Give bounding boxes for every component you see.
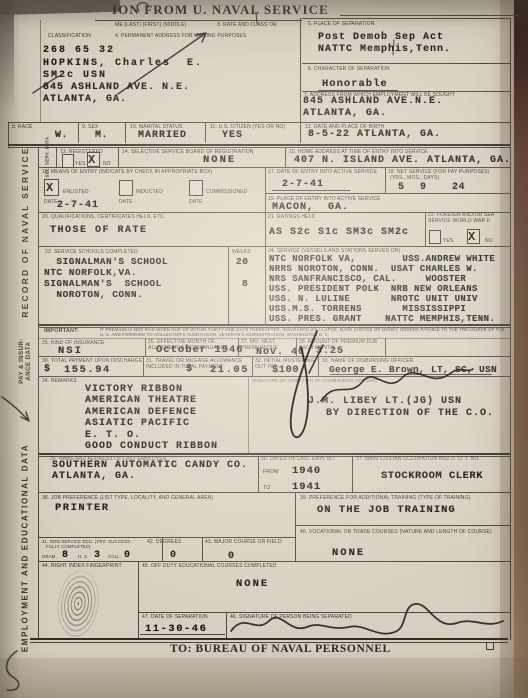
civilian-occupation-value: STOCKROOM CLERK	[381, 471, 483, 482]
coll-value: 0	[124, 551, 131, 561]
home-address-value: 407 N. ISLAND AVE. ATLANTA, GA.	[294, 156, 511, 166]
rule-v	[56, 147, 57, 167]
entry-place-value: MACON, GA.	[272, 203, 349, 213]
enlisted-date-value: 2-7-41	[57, 201, 99, 211]
photo-edge-strip	[514, 0, 528, 698]
mailing-address-line2: ATLANTA, GA.	[43, 95, 127, 105]
insurance-kind-value: NSI	[58, 346, 83, 357]
right-inner-shade	[500, 0, 514, 698]
rule-v	[38, 147, 39, 638]
vocational-courses-label: 40. VOCATIONAL OR TRADE COURSES (NATURE …	[300, 529, 492, 535]
name-value: HOPKINS, Charles E.	[43, 59, 203, 69]
from-label: FROM	[263, 469, 278, 475]
registered-no-checkmark: X	[88, 153, 95, 167]
off-duty-courses-label: 45. OFF DUTY EDUCATIONAL COURSES COMPLET…	[142, 563, 277, 569]
torn-corner-shade	[0, 0, 120, 15]
next-premium-value: Nov. 46	[256, 348, 305, 358]
inducted-label: INDUCTED	[136, 189, 163, 195]
inducted-checkbox	[119, 180, 133, 196]
qualifications-label: 20. QUALIFICATIONS, CERTIFICATES HELD, E…	[42, 214, 165, 220]
major-course-label: 43. MAJOR COURSE OR FIELD	[205, 539, 282, 545]
gram-value: 8	[62, 551, 69, 561]
co-signature-name: J.M. LIBEY LT.(JG) USN	[308, 397, 462, 407]
off-duty-courses-value: NONE	[236, 579, 269, 590]
co-signature-byline: BY DIRECTION OF THE C.O.	[326, 409, 494, 419]
place-of-separation-label: 5. PLACE OF SEPARATION	[308, 21, 374, 27]
commissioned-label: COMMISSIONED	[206, 189, 248, 195]
selective-board-value: NONE	[203, 155, 236, 166]
rule-h	[38, 561, 510, 562]
major-course-value: 0	[228, 552, 235, 562]
race-label: 8. RACE	[12, 124, 33, 130]
rule-h	[38, 537, 295, 538]
corner-mark	[486, 642, 494, 650]
hs-label: H. S.	[78, 554, 88, 559]
rule-h-heavy	[8, 144, 510, 146]
bottom-shade	[0, 658, 528, 698]
rule-h-heavy	[30, 638, 508, 640]
rule-v	[295, 492, 296, 561]
means-of-entry-label: 16. MEANS OF ENTRY (INDICATE BY CHECK IN…	[42, 169, 212, 175]
rate-value: SM2c USN	[43, 71, 107, 81]
hs-value: 3	[94, 551, 101, 561]
rule-v	[352, 456, 353, 492]
rule-v	[265, 246, 266, 325]
service-line: USS. PRES. GRANT NATTC MEMPHIS,TENN.	[269, 315, 495, 324]
date-label-3: DATE	[189, 199, 203, 205]
foreign-service-no-checkmark: X	[468, 230, 475, 244]
rule-v	[145, 338, 146, 356]
service-line: NTC NORFOLK VA, USS.ANDREW WHITE	[269, 255, 495, 264]
mustering-out-value: $100	[272, 365, 299, 376]
school-line: NOROTON, CONN.	[44, 290, 143, 300]
remarks-item: AMERICAN THEATRE	[85, 396, 197, 406]
degrees-label: 42. DEGREES	[147, 539, 181, 545]
from-value: 1940	[292, 466, 321, 477]
premium-amount-value: 3.25	[316, 347, 344, 357]
separation-date-label: 47. DATE OF SEPARATION	[142, 614, 208, 620]
schools-label: 23. SERVICE SCHOOLS COMPLETED	[45, 249, 138, 255]
entry-date-value: 2-7-41	[282, 180, 324, 190]
training-preference-value: ON THE JOB TRAINING	[317, 505, 456, 516]
last-employer-line1: SOUTHERN AUTOMATIC CANDY CO.	[52, 461, 248, 471]
rule-h-heavy	[38, 324, 510, 326]
rate-header-label: 3. RATE AND CLASS OR	[217, 22, 277, 28]
employment-address-line1: 845 ASHLAND AVE.N.E.	[303, 97, 443, 107]
scanned-naval-separation-form: ION FROM U. NAVAL SERVICE TO: BUREAU OF …	[0, 0, 528, 698]
foreign-service-label: 22. FOREIGN AND/OR SEA SERVICE WORLD WAR…	[428, 212, 506, 225]
service-line: USS.M.S. TORRENS MISSISSIPPI	[269, 305, 466, 314]
rule-h	[138, 612, 510, 613]
travel-allowance-currency: $	[186, 365, 193, 375]
rule-v	[258, 456, 259, 492]
footer-routing-line: TO: BUREAU OF NAVAL PERSONNEL	[170, 643, 391, 655]
rule-v	[118, 147, 119, 167]
birth-value: 8-5-22 ATLANTA, GA.	[308, 130, 441, 140]
separation-date-value: 11-30-46	[145, 624, 207, 635]
net-service-sublabel: (YRS., MOS., DAYS)	[390, 175, 439, 181]
rule-h	[302, 18, 510, 19]
rule-h	[38, 376, 510, 377]
rule-v	[125, 122, 126, 143]
school-line: SIGNALMAN'S SCHOOL	[44, 257, 168, 267]
rule-h	[295, 525, 510, 526]
form-title: ION FROM U. NAVAL SERVICE	[112, 2, 329, 18]
rule-h	[38, 492, 510, 493]
weeks-label: WEEKS	[232, 249, 251, 255]
rule-v	[202, 537, 203, 561]
character-of-separation-label: 6. CHARACTER OF SEPARATION	[308, 66, 390, 72]
important-label: IMPORTANT:	[44, 328, 79, 335]
allotment-value: October 1946	[156, 345, 244, 356]
rule-h	[8, 122, 510, 123]
fingerprint-smudge	[51, 567, 104, 642]
registered-yes-checkbox	[62, 154, 74, 168]
school-weeks: 8	[242, 279, 248, 289]
last-employer-line2: ATLANTA, GA.	[52, 472, 136, 482]
citizen-value: YES	[222, 131, 243, 141]
registered-no-label: NO	[103, 161, 111, 167]
job-preference-label: 38. JOB PREFERENCE (LIST TYPE, LOCALITY,…	[42, 495, 213, 501]
job-preference-value: PRINTER	[55, 503, 110, 514]
training-preference-label: 39. PREFERENCE FOR ADDITIONAL TRAINING (…	[300, 495, 470, 501]
employment-address-line2: ATLANTA, GA.	[303, 109, 387, 119]
date-label-1: DATE	[44, 199, 58, 205]
marital-status-value: MARRIED	[138, 131, 187, 141]
remarks-item: GOOD CONDUCT RIBBON	[85, 442, 218, 452]
civilian-occupation-label: 37. MAIN CIVILIAN OCCUPATION AND D. O. T…	[356, 456, 480, 462]
ratings-label: 21. RATINGS HELD	[268, 214, 315, 220]
travel-allowance-value: 21.05	[210, 365, 249, 376]
rule-h	[272, 190, 350, 191]
remarks-item: E. T. O.	[85, 431, 141, 441]
rule-v	[510, 18, 511, 640]
disbursing-officer-value: George E. Brown, LT, SC, USN	[329, 365, 497, 375]
rule-v	[226, 612, 227, 638]
left-edge-shade	[0, 0, 14, 112]
pay-insurance-line1: PAY & INSUR-	[19, 338, 25, 384]
foreign-service-yes-label: YES	[443, 238, 453, 244]
rule-v	[78, 122, 79, 143]
place-of-separation-line1: Post Demob Sep Act	[318, 33, 444, 43]
total-payment-value: 155.94	[64, 365, 111, 376]
enlisted-checkmark: X	[46, 181, 53, 195]
rule-h	[302, 63, 510, 64]
rule-v	[318, 356, 319, 376]
remarks-item: AMERICAN DEFENCE	[85, 408, 197, 418]
degrees-value: 0	[170, 551, 177, 561]
rule-v	[40, 20, 41, 122]
rule-h	[8, 147, 510, 148]
name-header-label: ME (LAST) (FIRST) (MIDDLE)	[115, 22, 186, 28]
foreign-service-yes-checkbox	[429, 230, 441, 244]
service-line: USS. PRESIDENT POLK NRB NEW ORLEANS	[269, 285, 478, 294]
enlisted-label: ENLISTED	[63, 189, 89, 195]
rule-v	[138, 561, 139, 638]
vocational-courses-value: NONE	[332, 548, 365, 559]
sex-value: M.	[95, 131, 108, 141]
commissioned-checkbox	[189, 180, 203, 196]
rule-v	[385, 167, 386, 193]
rule-v	[385, 338, 386, 356]
net-service-years: 5	[398, 183, 405, 193]
rule-h	[265, 193, 510, 194]
classification-label: CLASSIFICATION	[48, 33, 91, 39]
race-value: W.	[55, 131, 68, 141]
school-line: SIGNALMAN'S SCHOOL	[44, 279, 162, 289]
rule-v	[228, 246, 229, 325]
rule-v	[205, 122, 206, 143]
to-label: TO	[263, 485, 270, 491]
ratings-value: AS S2c S1c SM3c SM2c	[269, 228, 409, 238]
entry-date-label: 17. DATE OF ENTRY INTO ACTIVE SERVICE	[268, 169, 377, 175]
rule-v	[425, 212, 426, 246]
remarks-item: VICTORY RIBBON	[85, 385, 183, 395]
remarks-item: ASIATIC PACIFIC	[85, 419, 190, 429]
rule-v	[300, 18, 301, 122]
net-service-months: 9	[420, 183, 427, 193]
total-payment-currency: $	[44, 365, 51, 375]
rule-h-heavy	[38, 453, 510, 455]
service-number-value: 268 65 32	[43, 46, 115, 56]
fingerprint-label: 44. RIGHT INDEX FINGERPRINT	[42, 563, 132, 569]
rule-v	[300, 122, 301, 143]
service-line: NRRS NOROTON, CONN. USAT CHARLES W.	[269, 265, 478, 274]
remarks-label: 34. REMARKS	[42, 378, 77, 384]
employment-dates-label: 36. DATES OF LAST EMPL'MT.	[261, 456, 336, 462]
rule-v	[285, 147, 286, 167]
rule-v	[265, 167, 266, 246]
date-label-2: DATE	[119, 199, 133, 205]
co-signature-label: SIGNATURE (BY DIRECTION OF COMMANDING OF…	[252, 378, 402, 383]
school-line: NTC NORFOLK,VA.	[44, 268, 137, 278]
service-line: NRS SANFRANCISCO, CAL. WOOSTER	[269, 275, 466, 284]
mailing-address-label: 4. PERMANENT ADDRESS FOR MAILING PURPOSE…	[115, 33, 246, 39]
rule-h	[95, 20, 302, 21]
rule-h	[30, 642, 508, 643]
place-of-separation-line2: NATTC Memphis,Tenn.	[318, 45, 451, 55]
character-of-separation-value: Honorable	[322, 79, 388, 90]
separation-signature-label: 46. SIGNATURE OF PERSON BEING SEPARATED	[230, 614, 352, 620]
rule-v	[252, 356, 253, 376]
gram-label: GRAM.	[42, 554, 57, 559]
non-service-edu-label-2: FULLY COMPLETED)	[46, 544, 91, 549]
important-text: IF PREMIUM IS NOT PAID WHEN DUE OR WITHI…	[100, 327, 505, 338]
registered-yes-label: YES	[75, 161, 85, 167]
net-service-days: 24	[452, 183, 465, 193]
foreign-service-no-label: NO	[485, 238, 493, 244]
rule-h	[340, 15, 518, 16]
rule-v	[248, 376, 249, 453]
rule-h	[38, 246, 510, 247]
rule-v	[143, 356, 144, 376]
school-weeks: 20	[236, 257, 248, 267]
mailing-address-line1: 845 ASHLAND AVE. N.E.	[43, 83, 190, 93]
qualifications-value: THOSE OF RATE	[50, 226, 148, 236]
pay-insurance-line2: ANCE DATA	[26, 342, 32, 381]
service-line: USS. N. LULINE NROTC UNIT UNIV	[269, 295, 478, 304]
coll-label: COLL.	[108, 554, 121, 559]
to-value: 1941	[292, 482, 321, 493]
